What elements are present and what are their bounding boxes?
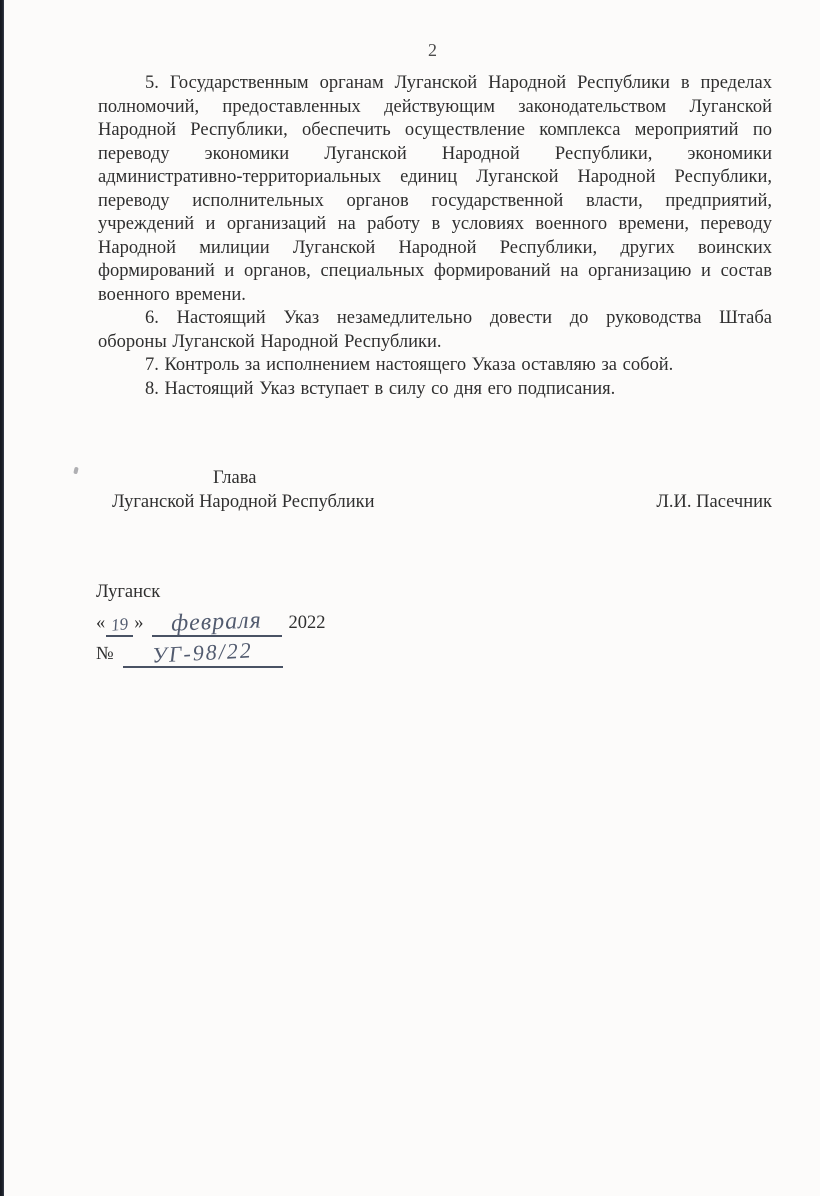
handwritten-number: УГ-98/22 [152, 639, 254, 666]
day-blank-line: 19 [106, 615, 133, 637]
body-line: учреждений и организаций на работу в усл… [98, 213, 772, 237]
body-line: формирований и органов, специальных форм… [98, 260, 772, 284]
page-number: 2 [428, 40, 438, 61]
body-line: Народной Республики, обеспечить осуществ… [98, 119, 772, 143]
issuance-city: Луганск [96, 581, 326, 605]
handwritten-day: 19 [111, 615, 130, 634]
number-blank-line: УГ-98/22 [123, 641, 283, 668]
decree-body-text: 5. Государственным органам Луганской Нар… [98, 72, 772, 401]
scan-speck [73, 467, 79, 475]
body-line: военного времени. [98, 284, 772, 308]
body-line: полномочий, предоставленных действующим … [98, 96, 772, 120]
body-line: Народной милиции Луганской Народной Респ… [98, 237, 772, 261]
quote-open: « [96, 612, 105, 637]
body-line: 8. Настоящий Указ вступает в силу со дня… [98, 378, 772, 402]
scanned-decree-page: 2 5. Государственным органам Луганской Н… [0, 0, 820, 1196]
body-line: 5. Государственным органам Луганской Нар… [98, 72, 772, 96]
handwritten-month: февраля [171, 608, 263, 635]
body-line: переводу экономики Луганской Народной Ре… [98, 143, 772, 167]
body-line: административно-территориальных единиц Л… [98, 166, 772, 190]
body-line: 7. Контроль за исполнением настоящего Ук… [98, 354, 772, 378]
signatory-name: Л.И. Пасечник [656, 491, 772, 515]
number-sign: № [96, 643, 114, 668]
scan-left-edge [0, 0, 4, 1196]
issuance-number-line: № УГ-98/22 [96, 641, 326, 668]
issuance-year: 2022 [289, 612, 326, 637]
body-line: обороны Луганской Народной Республики. [98, 331, 772, 355]
signature-block: Глава Луганской Народной Республики Л.И.… [98, 467, 772, 514]
quote-close: » [134, 612, 143, 637]
month-blank-line: февраля [152, 608, 282, 637]
signatory-title-line2: Луганской Народной Республики [112, 491, 375, 515]
body-line: переводу исполнительных органов государс… [98, 190, 772, 214]
issuance-date-line: « 19 » февраля 2022 [96, 608, 326, 637]
issuance-block: Луганск « 19 » февраля 2022 № УГ-98/22 [96, 581, 326, 668]
body-line: 6. Настоящий Указ незамедлительно довест… [98, 307, 772, 331]
signatory-title-line1: Глава [213, 467, 772, 491]
